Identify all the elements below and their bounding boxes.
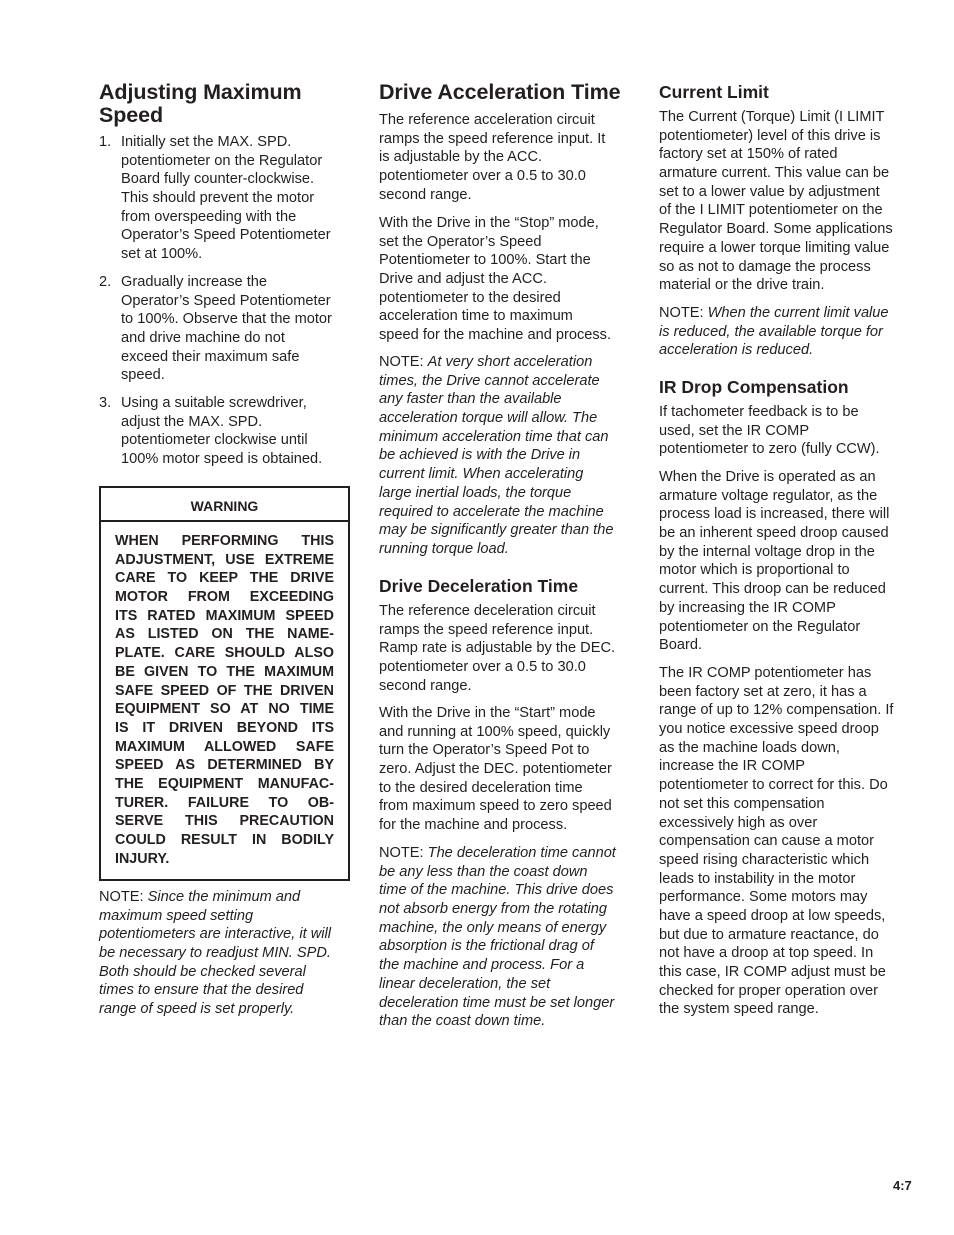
text-line: deceleration time must be set longer [379,994,616,1013]
warning-line: ADJUSTMENT, USE EXTREME [115,551,334,570]
text-line: potentiometers are interactive, it will [99,925,331,944]
warning-line: COULD RESULT IN BODILY [115,831,334,850]
note-label: NOTE: [99,889,148,905]
section-heading-ir-drop: IR Drop Compensation [659,377,849,397]
text-line: potentiometer clockwise until [121,431,322,450]
text-line: performance. Some motors may [659,888,893,907]
text-line: acceleration time to maximum [379,307,611,326]
text-line: required to accelerate the machine [379,503,613,522]
text-line: require a lower torque limiting value [659,239,893,258]
text-line: by increasing the IR COMP [659,599,889,618]
text-line: speed for the machine and process. [379,326,611,345]
text-line: second range. [379,677,615,696]
text-line: ramps the speed reference input. It [379,130,605,149]
text-line: factory set at 150% of rated [659,145,893,164]
text-line: Ramp rate is adjustable by the DEC. [379,639,615,658]
text-line: Both should be checked several [99,963,331,982]
section-heading-drive-acceleration: Drive Acceleration Time [379,81,620,104]
text-line: set to a lower value by adjustment [659,183,893,202]
text-line: for the machine and process. [379,816,612,835]
section-heading-drive-deceleration: Drive Deceleration Time [379,576,578,596]
warning-line: BE GIVEN TO THE MAXIMUM [115,663,334,682]
text-line: set at 100%. [121,245,331,264]
text-line: the machine and process. For a [379,956,616,975]
text-line: Since the minimum and [148,889,301,905]
text-line: With the Drive in the “Stop” mode, [379,214,611,233]
warning-title: WARNING [101,488,348,522]
note-label: NOTE: [379,845,428,861]
paragraph-deceleration-circuit: The reference deceleration circuit ramps… [379,602,615,695]
text-line: is adjustable by the ACC. [379,148,605,167]
text-line: Gradually increase the [121,273,332,292]
text-line: not set this compensation [659,795,893,814]
warning-text: WHEN PERFORMING THIS ADJUSTMENT, USE EXT… [115,532,334,868]
warning-line: EQUIPMENT SO AT NO TIME [115,700,334,719]
section-heading-adjusting-max-speed: Adjusting Maximum Speed [99,81,302,127]
note-label: NOTE: [659,305,708,321]
text-line: the system speed range. [659,1000,893,1019]
step-number: 1. [99,133,111,152]
text-line: not absorb energy from the rotating [379,900,616,919]
text-line: zero. Adjust the DEC. potentiometer [379,760,612,779]
text-line: set the Operator’s Speed [379,233,611,252]
text-line: potentiometer) level of this drive is [659,127,893,146]
text-line: current. This droop can be reduced [659,580,889,599]
text-line: but due to armature reactance, do [659,926,893,945]
text-line: Operator’s Speed Potentiometer [121,292,332,311]
warning-line: AS LISTED ON THE NAME- [115,625,334,644]
text-line: been factory set at zero, it has a [659,683,893,702]
text-line: Drive and adjust the ACC. [379,270,611,289]
text-line: process load is increased, there will [659,505,889,524]
text-line: second range. [379,186,605,205]
text-line: not have a droop at top speed. In [659,944,893,963]
paragraph-deceleration-setup: With the Drive in the “Start” mode and r… [379,704,612,835]
text-line: checked for proper operation over [659,982,893,1001]
text-line: potentiometer to zero (fully CCW). [659,440,880,459]
paragraph-ir-droop: When the Drive is operated as an armatur… [659,468,889,655]
text-line: have a speed droop at low speeds, [659,907,893,926]
text-line: to 100%. Observe that the motor [121,310,332,329]
step-number: 2. [99,273,111,292]
text-line: compensation can cause a motor [659,832,893,851]
text-line: Operator’s Speed Potentiometer [121,226,331,245]
warning-line: IS IT DRIVEN BEYOND ITS [115,719,334,738]
paragraph-acceleration-circuit: The reference acceleration circuit ramps… [379,111,605,204]
text-line: The Current (Torque) Limit (I LIMIT [659,108,893,127]
warning-line: SAFE SPEED OF THE DRIVEN [115,682,334,701]
text-line: from maximum speed to zero speed [379,797,612,816]
text-line: When the current limit value [708,305,889,321]
text-line: and drive machine do not [121,329,332,348]
text-line: acceleration torque will allow. The [379,409,613,428]
warning-line: THE EQUIPMENT MANUFAC- [115,775,334,794]
text-line: potentiometer over a 0.5 to 30.0 [379,658,615,677]
warning-line: PLATE. CARE SHOULD ALSO [115,644,334,663]
text-line: as the machine loads down, [659,739,893,758]
text-line: When the Drive is operated as an [659,468,889,487]
warning-line: SPEED AS DETERMINED BY [115,756,334,775]
paragraph-acceleration-setup: With the Drive in the “Stop” mode, set t… [379,214,611,345]
text-line: used, set the IR COMP [659,422,880,441]
text-line: Board. [659,636,889,655]
text-line: potentiometer to correct for this. Do [659,776,893,795]
text-line: motor which is proportional to [659,561,889,580]
text-line: increase the IR COMP [659,757,893,776]
text-line: armature current. This value can be [659,164,893,183]
text-line: time of the machine. This drive does [379,881,616,900]
text-line: you notice excessive speed droop [659,720,893,739]
heading-line: Speed [99,104,302,127]
text-line: so as not to damage the process [659,258,893,277]
step-text: Initially set the MAX. SPD. potentiomete… [121,133,331,264]
text-line: range of up to 12% compensation. If [659,701,893,720]
text-line: linear deceleration, the set [379,975,616,994]
text-line: potentiometer on the Regulator [659,618,889,637]
text-line: minimum acceleration time that can [379,428,613,447]
text-line: current limit. When accelerating [379,465,613,484]
text-line: running torque load. [379,540,613,559]
text-line: ramps the speed reference input. [379,621,615,640]
warning-box: WARNING WHEN PERFORMING THIS ADJUSTMENT,… [99,486,350,881]
warning-line: WHEN PERFORMING THIS [115,532,334,551]
note-current-limit: NOTE: When the current limit value is re… [659,304,889,360]
text-line: machine, the only means of energy [379,919,616,938]
text-line: Initially set the MAX. SPD. [121,133,331,152]
text-line: The deceleration time cannot [428,845,616,861]
text-line: At very short acceleration [428,354,593,370]
text-line: excessively high as over [659,814,893,833]
text-line: be necessary to readjust MIN. SPD. [99,944,331,963]
text-line: maximum speed setting [99,907,331,926]
text-line: With the Drive in the “Start” mode [379,704,612,723]
text-line: Potentiometer to 100%. Start the [379,251,611,270]
text-line: The reference deceleration circuit [379,602,615,621]
warning-line: MAXIMUM ALLOWED SAFE [115,738,334,757]
text-line: large inertial loads, the torque [379,484,613,503]
paragraph-ir-tachometer: If tachometer feedback is to be used, se… [659,403,880,459]
text-line: by the internal voltage drop in the [659,543,889,562]
text-line: be an inherent speed droop caused [659,524,889,543]
text-line: times to ensure that the desired [99,981,331,1000]
note-acceleration: NOTE: At very short acceleration times, … [379,353,613,559]
text-line: be achieved is with the Drive in [379,446,613,465]
text-line: speed. [121,366,332,385]
warning-line: MOTOR FROM EXCEEDING [115,588,334,607]
note-min-max-speed: NOTE: Since the minimum and maximum spee… [99,888,331,1019]
text-line: armature voltage regulator, as the [659,487,889,506]
text-line: The reference acceleration circuit [379,111,605,130]
text-line: and running at 100% speed, quickly [379,723,612,742]
text-line: Board fully counter-clockwise. [121,170,331,189]
text-line: The IR COMP potentiometer has [659,664,893,683]
warning-line: SERVE THIS PRECAUTION [115,812,334,831]
text-line: 100% motor speed is obtained. [121,450,322,469]
text-line: acceleration is reduced. [659,341,889,360]
paragraph-current-limit: The Current (Torque) Limit (I LIMIT pote… [659,108,893,295]
text-line: If tachometer feedback is to be [659,403,880,422]
text-line: potentiometer on the Regulator [121,152,331,171]
text-line: be any less than the coast down [379,863,616,882]
warning-line: INJURY. [115,850,334,869]
text-line: absorption is the frictional drag of [379,937,616,956]
section-heading-current-limit: Current Limit [659,82,769,102]
step-text: Gradually increase the Operator’s Speed … [121,273,332,385]
text-line: Regulator Board. Some applications [659,220,893,239]
paragraph-ir-comp-setting: The IR COMP potentiometer has been facto… [659,664,893,1019]
step-text: Using a suitable screwdriver, adjust the… [121,394,322,469]
text-line: times, the Drive cannot accelerate [379,372,613,391]
text-line: range of speed is set properly. [99,1000,331,1019]
text-line: leads to instability in the motor [659,870,893,889]
text-line: This should prevent the motor [121,189,331,208]
note-deceleration: NOTE: The deceleration time cannot be an… [379,844,616,1031]
text-line: from overspeeding with the [121,208,331,227]
warning-line: ITS RATED MAXIMUM SPEED [115,607,334,626]
text-line: this case, IR COMP adjust must be [659,963,893,982]
text-line: of the I LIMIT potentiometer on the [659,201,893,220]
text-line: any faster than the available [379,390,613,409]
text-line: potentiometer over a 0.5 to 30.0 [379,167,605,186]
note-label: NOTE: [379,354,428,370]
text-line: exceed their maximum safe [121,348,332,367]
text-line: potentiometer to the desired [379,289,611,308]
text-line: is reduced, the available torque for [659,323,889,342]
step-number: 3. [99,394,111,413]
text-line: adjust the MAX. SPD. [121,413,322,432]
page-number: 4:7 [893,1178,912,1193]
text-line: than the coast down time. [379,1012,616,1031]
text-line: speed rising characteristic which [659,851,893,870]
heading-line: Adjusting Maximum [99,81,302,104]
text-line: Using a suitable screwdriver, [121,394,322,413]
text-line: to the desired deceleration time [379,779,612,798]
text-line: turn the Operator’s Speed Pot to [379,741,612,760]
text-line: may be significantly greater than the [379,521,613,540]
text-line: material or the drive train. [659,276,893,295]
warning-line: TURER. FAILURE TO OB- [115,794,334,813]
warning-line: CARE TO KEEP THE DRIVE [115,569,334,588]
